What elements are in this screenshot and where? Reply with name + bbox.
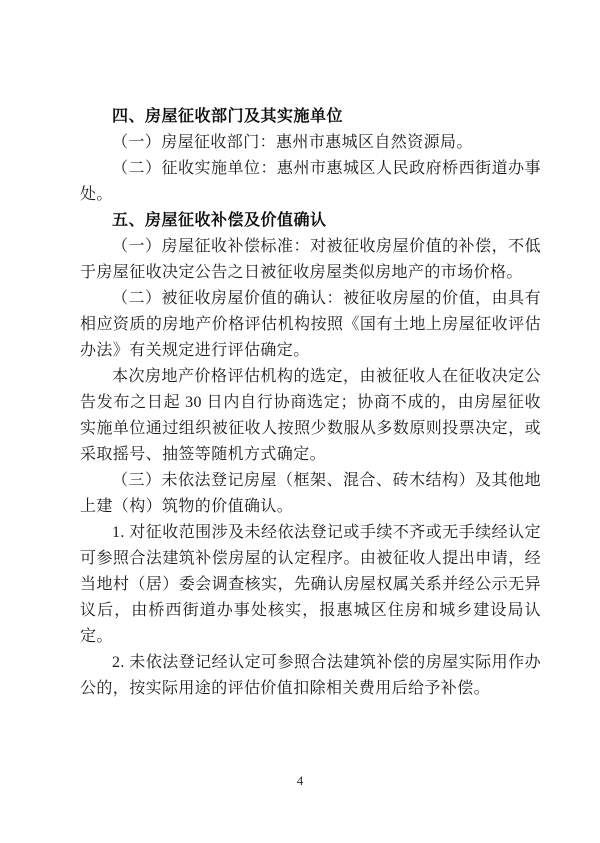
- document-page: 四、房屋征收部门及其实施单位 （一）房屋征收部门：惠州市惠城区自然资源局。 （二…: [0, 0, 600, 843]
- document-body: 四、房屋征收部门及其实施单位 （一）房屋征收部门：惠州市惠城区自然资源局。 （二…: [80, 104, 541, 702]
- paragraph-unregistered-item-1: 1. 对征收范围涉及未经依法登记或手续不齐或无手续经认定可参照合法建筑补偿房屋的…: [80, 520, 541, 650]
- paragraph-appraisal-agency-selection: 本次房地产价格评估机构的选定，由被征收人在征收决定公告发布之日起 30 日内自行…: [80, 364, 541, 468]
- section-heading-5: 五、房屋征收补偿及价值确认: [80, 208, 541, 234]
- paragraph-implementation-unit: （二）征收实施单位：惠州市惠城区人民政府桥西街道办事处。: [80, 156, 541, 208]
- paragraph-expropriation-department: （一）房屋征收部门：惠州市惠城区自然资源局。: [80, 130, 541, 156]
- paragraph-unregistered-item-2: 2. 未依法登记经认定可参照合法建筑补偿的房屋实际用作办公的，按实际用途的评估价…: [80, 650, 541, 702]
- paragraph-unregistered-buildings: （三）未依法登记房屋（框架、混合、砖木结构）及其他地上建（构）筑物的价值确认。: [80, 468, 541, 520]
- paragraph-value-confirmation: （二）被征收房屋价值的确认：被征收房屋的价值，由具有相应资质的房地产价格评估机构…: [80, 286, 541, 364]
- paragraph-compensation-standard: （一）房屋征收补偿标准：对被征收房屋价值的补偿，不低于房屋征收决定公告之日被征收…: [80, 234, 541, 286]
- page-number: 4: [0, 773, 600, 789]
- section-heading-4: 四、房屋征收部门及其实施单位: [80, 104, 541, 130]
